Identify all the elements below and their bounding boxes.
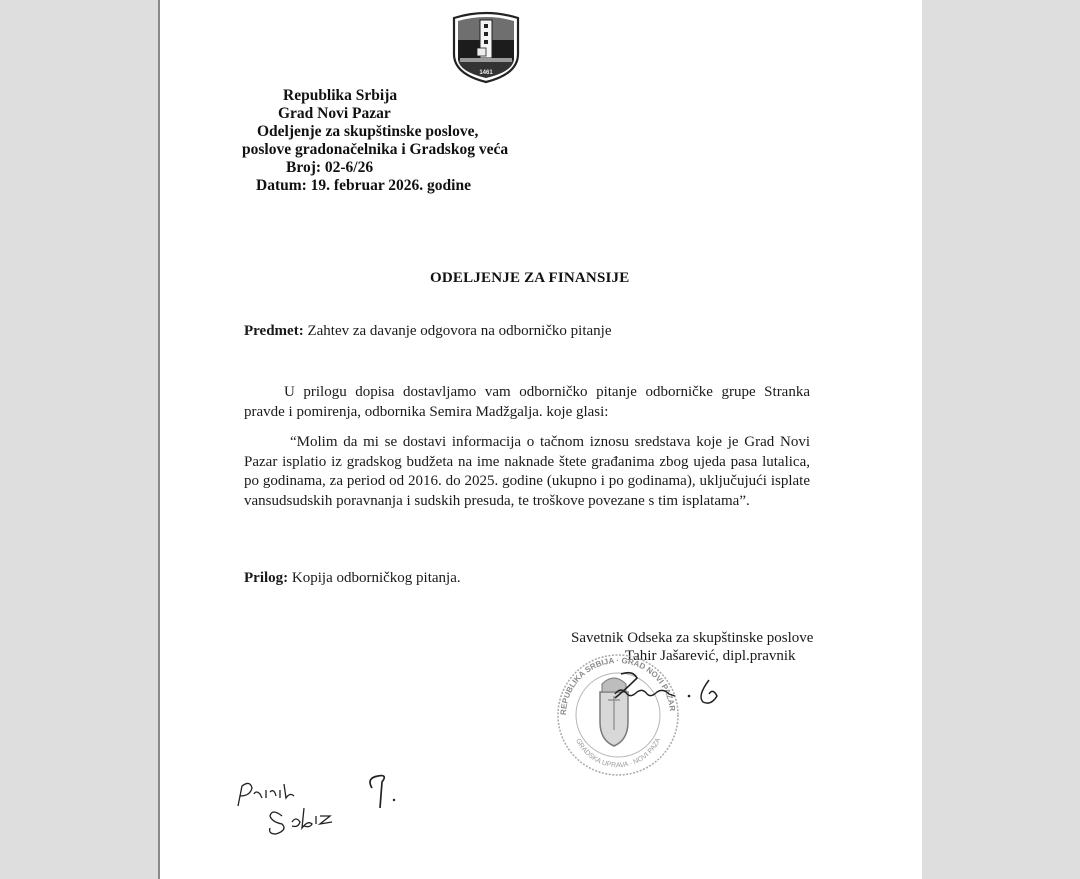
svg-text:1461: 1461 (479, 70, 493, 76)
subject-text: Zahtev za davanje odgovora na odborničko… (307, 323, 611, 339)
letterhead-department-cont: poslove gradonačelnika i Gradskog veća (242, 140, 508, 159)
intro-text: U prilogu dopisa dostavljamo vam odborni… (244, 384, 810, 420)
letterhead-department: Odeljenje za skupštinske poslove, (257, 122, 478, 141)
handwritten-signature-icon (585, 668, 735, 718)
attachment-label: Prilog: (244, 570, 288, 586)
letterhead-number: Broj: 02-6/26 (286, 158, 373, 177)
attachment-text: Kopija odborničkog pitanja. (292, 570, 461, 586)
signatory-title: Savetnik Odseka za skupštinske poslove (571, 628, 813, 648)
recipient-heading: ODELJENJE ZA FINANSIJE (430, 270, 629, 287)
intro-paragraph: U prilogu dopisa dostavljamo vam odborni… (244, 382, 810, 422)
city-crest-icon: 1461 (450, 10, 522, 84)
subject-label: Predmet: (244, 323, 304, 339)
quote-text: “Molim da mi se dostavi informacija o ta… (244, 434, 810, 509)
letterhead-date: Datum: 19. februar 2026. godine (256, 176, 471, 195)
handwritten-receipt-note-icon (232, 770, 402, 840)
letterhead-city: Grad Novi Pazar (278, 104, 391, 123)
question-quote: “Molim da mi se dostavi informacija o ta… (244, 433, 810, 511)
subject-line: Predmet: Zahtev za davanje odgovora na o… (244, 321, 612, 341)
attachment-line: Prilog: Kopija odborničkog pitanja. (244, 568, 461, 588)
letterhead-country: Republika Srbija (283, 86, 397, 105)
